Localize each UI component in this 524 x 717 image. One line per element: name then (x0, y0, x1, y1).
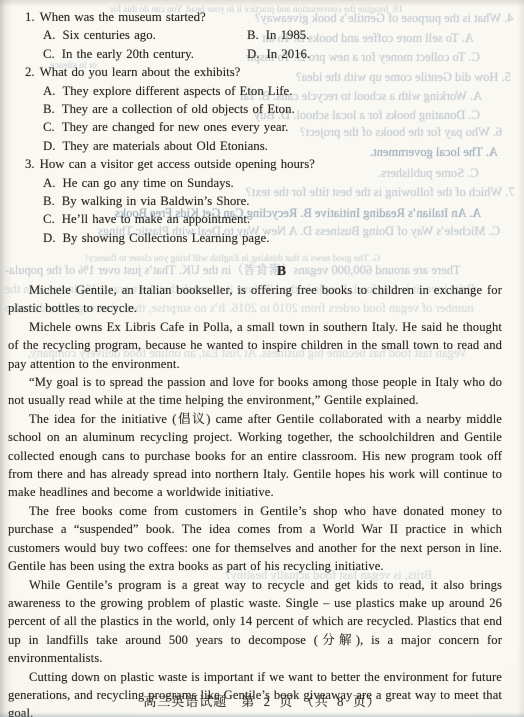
question-line: 1.When was the museum started? (25, 8, 506, 26)
answer-option: D.By showing Collections Learning page. (43, 231, 269, 245)
option-label: B. (43, 192, 55, 210)
option-row: C.He’ll have to make an appointment. (25, 210, 506, 228)
page-footer: 高三英语试题 第 2 页 （共 8 页） (0, 691, 524, 710)
question-text: What do you learn about the exhibits? (40, 65, 241, 79)
answer-option: B.By walking in via Baldwin’s Shore. (43, 194, 249, 208)
bleed-through-text: G. The good news is that thinking in Eng… (85, 250, 380, 268)
option-label: B. (43, 100, 55, 118)
option-text: They are changed for new ones every year… (62, 120, 289, 134)
answer-option: D.They are materials about Old Etonians. (43, 139, 268, 153)
option-text: In 1985. (266, 28, 310, 42)
answer-option: C.In the early 20th century. (43, 47, 194, 61)
passage-paragraph: The free books come from customers in Ge… (8, 502, 502, 576)
option-row: A.Six centuries ago.B.In 1985. (25, 26, 506, 44)
option-label: D. (247, 45, 259, 63)
question-number: 2. (25, 63, 35, 81)
bleed-through-text: There are around 600,000 vegans（素食者）in t… (5, 261, 461, 279)
questions-block: 1.When was the museum started?A.Six cent… (25, 8, 506, 247)
option-row: B.By walking in via Baldwin’s Shore. (25, 192, 506, 210)
option-label: A. (43, 174, 55, 192)
option-label: B. (247, 26, 259, 44)
question-number: 1. (25, 8, 35, 26)
answer-option: B.In 1985. (247, 26, 309, 44)
passage-paragraph: While Gentile’s program is a great way t… (8, 576, 502, 668)
question-number: 3. (25, 155, 35, 173)
answer-option: C.They are changed for new ones every ye… (43, 120, 288, 134)
option-text: Six centuries ago. (62, 28, 155, 42)
option-text: In the early 20th century. (62, 47, 194, 61)
passage-paragraph: The idea for the initiative (倡议) came af… (8, 410, 502, 502)
option-text: He’ll have to make an appointment. (62, 212, 250, 226)
option-text: By walking in via Baldwin’s Shore. (62, 194, 250, 208)
passage-paragraph: Michele owns Ex Libris Cafe in Polla, a … (8, 318, 502, 373)
option-label: C. (43, 118, 55, 136)
question-line: 2.What do you learn about the exhibits? (25, 63, 506, 81)
answer-option: A.Six centuries ago. (43, 28, 156, 42)
question-text: When was the museum started? (40, 10, 206, 24)
scan-edge-shadow-right (517, 0, 524, 717)
reading-passage: Michele Gentile, an Italian bookseller, … (8, 281, 502, 717)
question-text: How can a visitor get access outside ope… (40, 157, 315, 171)
option-row: A.He can go any time on Sundays. (25, 174, 506, 192)
option-text: By showing Collections Learning page. (62, 231, 269, 245)
passage-paragraph: Michele Gentile, an Italian bookseller, … (8, 281, 502, 318)
option-text: In 2016. (266, 47, 310, 61)
option-label: A. (43, 82, 55, 100)
option-text: They are materials about Old Etonians. (62, 139, 267, 153)
question-line: 3.How can a visitor get access outside o… (25, 155, 506, 173)
option-label: D. (43, 137, 55, 155)
answer-option: C.He’ll have to make an appointment. (43, 212, 250, 226)
option-text: He can go any time on Sundays. (62, 176, 233, 190)
option-row: A.They explore different aspects of Eton… (25, 82, 506, 100)
answer-option: B.They are a collection of old objects o… (43, 102, 295, 116)
option-row: C.In the early 20th century.D.In 2016. (25, 45, 506, 63)
option-text: They explore different aspects of Eton L… (62, 84, 292, 98)
exam-paper-page: 19. Imagine the conversation and practic… (0, 0, 524, 717)
option-row: D.They are materials about Old Etonians. (25, 137, 506, 155)
section-b-heading: B (277, 263, 286, 279)
answer-option: A.They explore different aspects of Eton… (43, 84, 292, 98)
option-row: D.By showing Collections Learning page. (25, 229, 506, 247)
option-label: C. (43, 45, 55, 63)
scan-edge-shadow-top (0, 0, 524, 7)
passage-paragraph: “My goal is to spread the passion and lo… (8, 373, 502, 410)
option-row: B.They are a collection of old objects o… (25, 100, 506, 118)
answer-option: D.In 2016. (247, 45, 310, 63)
option-label: D. (43, 229, 55, 247)
option-row: C.They are changed for new ones every ye… (25, 118, 506, 136)
option-text: They are a collection of old objects of … (62, 102, 295, 116)
answer-option: A.He can go any time on Sundays. (43, 176, 234, 190)
option-label: A. (43, 26, 55, 44)
option-label: C. (43, 210, 55, 228)
